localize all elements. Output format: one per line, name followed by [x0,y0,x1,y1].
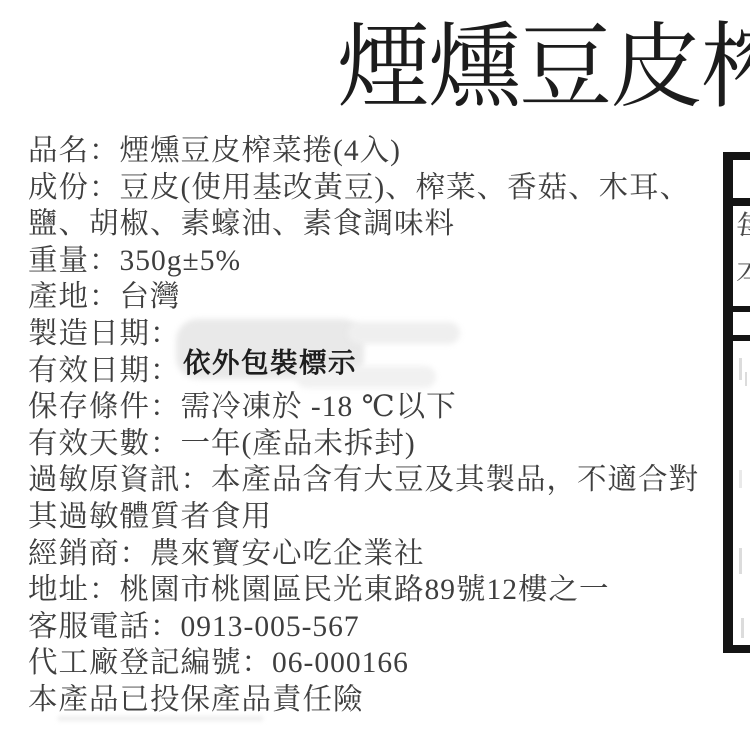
info-line-origin: 產地：台灣 [28,279,699,316]
info-line-shelf-life: 有效天數：一年(產品未拆封) [28,426,699,463]
info-line-product-name: 品名：煙燻豆皮榨菜捲(4入) [28,133,699,170]
faint-table-text-fragment [739,548,742,574]
nutrition-table-bottom-border [723,645,750,653]
nutrition-table-row-divider [723,306,750,312]
info-line-liability-insurance: 本產品已投保產品責任險 [28,682,699,719]
faint-table-text-fragment [739,358,742,380]
whiteout-patch-right [348,322,460,344]
nutrition-table-partial-text: 本 [736,256,750,290]
info-line-allergen: 過敏原資訊：本產品含有大豆及其製品，不適合對 [28,462,699,499]
nutrition-table-row-divider [723,198,750,206]
info-line-storage: 保存條件：需冷凍於 -18 ℃以下 [28,389,699,426]
info-line-allergen-wrap: 其過敏體質者食用 [28,499,699,536]
nutrition-table-top-border [723,152,750,160]
date-overlay-note: 依外包裝標示 [183,340,357,380]
faint-table-text-fragment [745,372,747,386]
product-info-block: 品名：煙燻豆皮榨菜捲(4入) 成份：豆皮(使用基改黃豆)、榨菜、香菇、木耳、 鹽… [28,133,699,719]
nutrition-table-partial-text: 每 [736,211,750,245]
faint-table-text-fragment [739,470,742,488]
info-line-factory-reg-number: 代工廠登記編號：06-000166 [28,645,699,682]
nutrition-table-left-border [723,152,733,653]
info-line-ingredients-wrap: 鹽、胡椒、素蠔油、素食調味料 [28,206,699,243]
faint-table-text-fragment [741,618,744,638]
info-line-ingredients: 成份：豆皮(使用基改黃豆)、榨菜、香菇、木耳、 [28,170,699,207]
product-label: 煙燻豆皮榨 品名：煙燻豆皮榨菜捲(4入) 成份：豆皮(使用基改黃豆)、榨菜、香菇… [0,0,750,750]
info-line-weight: 重量：350g±5% [28,243,699,280]
page-title: 煙燻豆皮榨 [337,0,750,126]
nutrition-table-row-divider [723,335,750,341]
info-line-distributor: 經銷商：農來寶安心吃企業社 [28,536,699,573]
info-line-address: 地址：桃園市桃園區民光東路89號12樓之一 [28,572,699,609]
page: { "title": { "text": "煙燻豆皮榨" }, "product… [0,0,750,750]
info-line-service-phone: 客服電話：0913-005-567 [28,609,699,646]
